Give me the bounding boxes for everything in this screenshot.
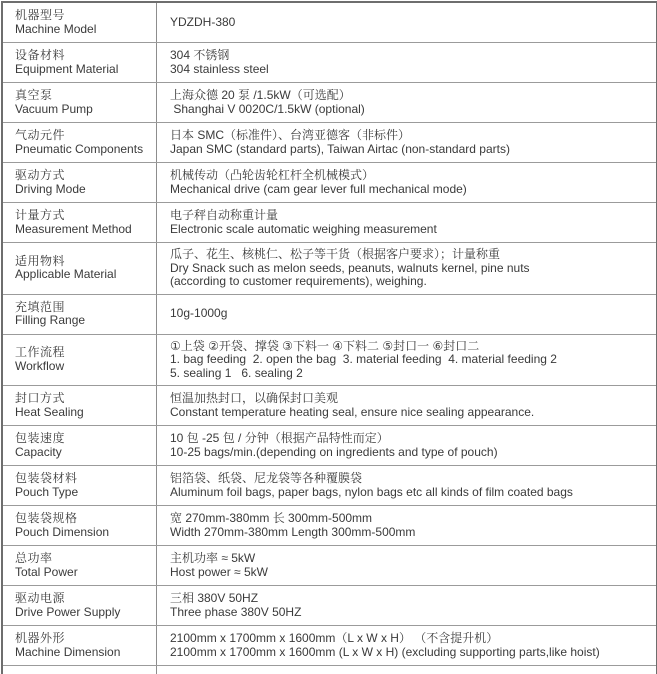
spec-value-line: 三相 380V 50HZ: [170, 592, 650, 606]
spec-label-en: Pneumatic Components: [15, 143, 152, 157]
spec-label-en: Workflow: [15, 360, 152, 374]
table-row: 设备材料Equipment Material304 不锈钢304 stainle…: [3, 43, 656, 83]
spec-label-cn: 计量方式: [15, 209, 152, 223]
spec-value-line: Dry Snack such as melon seeds, peanuts, …: [170, 262, 650, 276]
spec-value-cell: 机械传动（凸轮齿轮杠杆全机械模式）Mechanical drive (cam g…: [157, 163, 656, 202]
spec-value-line: ①上袋 ②开袋、撑袋 ③下料一 ④下料二 ⑤封口一 ⑥封口二: [170, 340, 650, 354]
spec-label-en: Driving Mode: [15, 183, 152, 197]
spec-label-cn: 设备材料: [15, 49, 152, 63]
table-row: 包装袋材料Pouch Type铝箔袋、纸袋、尼龙袋等各种覆膜袋Aluminum …: [3, 466, 656, 506]
spec-value-cell: 上海众德 20 泵 /1.5kW（可选配） Shanghai V 0020C/1…: [157, 83, 656, 122]
spec-value-line: 日本 SMC（标准件）、台湾亚德客（非标件）: [170, 129, 650, 143]
spec-label-cell: 气动元件Pneumatic Components: [3, 123, 157, 162]
spec-value-line: 304 不锈钢: [170, 49, 650, 63]
spec-label-en: Capacity: [15, 446, 152, 460]
spec-label-cn: 驱动电源: [15, 592, 152, 606]
table-row: 总功率Total Power主机功率 ≈ 5kWHost power ≈ 5kW: [3, 546, 656, 586]
spec-label-cn: 包装速度: [15, 432, 152, 446]
table-row: 真空泵Vacuum Pump上海众德 20 泵 /1.5kW（可选配） Shan…: [3, 83, 656, 123]
spec-value-line: 机械传动（凸轮齿轮杠杆全机械模式）: [170, 169, 650, 183]
spec-value-line: 宽 270mm-380mm 长 300mm-500mm: [170, 512, 650, 526]
spec-sheet-page: 机器型号Machine ModelYDZDH-380设备材料Equipment …: [0, 0, 657, 674]
spec-value-line: 2100mm x 1700mm x 1600mm (L x W x H) (ex…: [170, 646, 650, 660]
spec-value-cell: YDZDH-380: [157, 3, 656, 42]
spec-label-cell: 总功率Total Power: [3, 546, 157, 585]
spec-value-line: 1. bag feeding 2. open the bag 3. materi…: [170, 353, 650, 367]
spec-label-cell: 机器外形Machine Dimension: [3, 626, 157, 665]
spec-label-en: Measurement Method: [15, 223, 152, 237]
table-row: 计量方式Measurement Method电子秤自动称重计量Electroni…: [3, 203, 656, 243]
table-row: 包装速度Capacity10 包 -25 包 / 分钟（根据产品特性而定）10-…: [3, 426, 656, 466]
spec-label-cell: 适用物料Applicable Material: [3, 243, 157, 294]
spec-label-en: Pouch Dimension: [15, 526, 152, 540]
spec-value-line: Shanghai V 0020C/1.5kW (optional): [170, 103, 650, 117]
spec-label-cn: 总功率: [15, 552, 152, 566]
machine-spec-table: 机器型号Machine ModelYDZDH-380设备材料Equipment …: [1, 1, 657, 674]
spec-value-line: 主机功率 ≈ 5kW: [170, 552, 650, 566]
table-row: 封口方式Heat Sealing恒温加热封口，以确保封口美观Constant t…: [3, 386, 656, 426]
spec-label-en: Drive Power Supply: [15, 606, 152, 620]
spec-label-cell: 计量方式Measurement Method: [3, 203, 157, 242]
spec-value-line: 10g-1000g: [170, 307, 650, 321]
spec-label-cn: 气动元件: [15, 129, 152, 143]
spec-value-cell: 2100mm x 1700mm x 1600mm（L x W x H） （不含提…: [157, 626, 656, 665]
spec-value-line: (according to customer requirements), we…: [170, 275, 650, 289]
spec-label-cn: 适用物料: [15, 255, 152, 269]
spec-label-en: Total Power: [15, 566, 152, 580]
spec-label-cell: 包装速度Capacity: [3, 426, 157, 465]
spec-label-cn: 包装袋规格: [15, 512, 152, 526]
spec-label-en: Applicable Material: [15, 268, 152, 282]
table-row: 驱动电源Drive Power Supply三相 380V 50HZThree …: [3, 586, 656, 626]
spec-value-line: Width 270mm-380mm Length 300mm-500mm: [170, 526, 650, 540]
spec-label-cn: 机器型号: [15, 9, 152, 23]
spec-value-line: Aluminum foil bags, paper bags, nylon ba…: [170, 486, 650, 500]
spec-value-cell: 304 不锈钢304 stainless steel: [157, 43, 656, 82]
spec-value-line: YDZDH-380: [170, 16, 650, 30]
spec-value-cell: 铝箔袋、纸袋、尼龙袋等各种覆膜袋Aluminum foil bags, pape…: [157, 466, 656, 505]
spec-value-line: Japan SMC (standard parts), Taiwan Airta…: [170, 143, 650, 157]
spec-label-cell: 包装袋规格Pouch Dimension: [3, 506, 157, 545]
spec-label-cell: 设备材料Equipment Material: [3, 43, 157, 82]
spec-value-cell: [157, 666, 656, 674]
spec-value-cell: 宽 270mm-380mm 长 300mm-500mmWidth 270mm-3…: [157, 506, 656, 545]
spec-value-line: Mechanical drive (cam gear lever full me…: [170, 183, 650, 197]
spec-label-cn: 工作流程: [15, 346, 152, 360]
spec-label-cn: 真空泵: [15, 89, 152, 103]
spec-value-cell: 电子秤自动称重计量Electronic scale automatic weig…: [157, 203, 656, 242]
spec-label-en: Heat Sealing: [15, 406, 152, 420]
spec-label-cn: 充填范围: [15, 301, 152, 315]
spec-value-cell: ①上袋 ②开袋、撑袋 ③下料一 ④下料二 ⑤封口一 ⑥封口二1. bag fee…: [157, 335, 656, 386]
spec-value-line: 304 stainless steel: [170, 63, 650, 77]
spec-value-line: 10 包 -25 包 / 分钟（根据产品特性而定）: [170, 432, 650, 446]
table-row: 驱动方式Driving Mode机械传动（凸轮齿轮杠杆全机械模式）Mechani…: [3, 163, 656, 203]
table-row: 气动元件Pneumatic Components日本 SMC（标准件）、台湾亚德…: [3, 123, 656, 163]
table-row: 机器外形Machine Dimension2100mm x 1700mm x 1…: [3, 626, 656, 666]
spec-label-cell: 机器型号Machine Model: [3, 3, 157, 42]
spec-label-cell: 驱动电源Drive Power Supply: [3, 586, 157, 625]
table-row: 工作流程Workflow①上袋 ②开袋、撑袋 ③下料一 ④下料二 ⑤封口一 ⑥封…: [3, 335, 656, 387]
spec-value-line: 10-25 bags/min.(depending on ingredients…: [170, 446, 650, 460]
spec-value-line: Three phase 380V 50HZ: [170, 606, 650, 620]
spec-label-cell: 充填范围Filling Range: [3, 295, 157, 334]
table-row: 包装袋规格Pouch Dimension宽 270mm-380mm 长 300m…: [3, 506, 656, 546]
spec-value-line: 2100mm x 1700mm x 1600mm（L x W x H） （不含提…: [170, 632, 650, 646]
spec-value-cell: 日本 SMC（标准件）、台湾亚德客（非标件）Japan SMC (standar…: [157, 123, 656, 162]
spec-label-en: Equipment Material: [15, 63, 152, 77]
spec-label-cn: 驱动方式: [15, 169, 152, 183]
spec-value-cell: 10g-1000g: [157, 295, 656, 334]
spec-label-cell: 包装袋材料Pouch Type: [3, 466, 157, 505]
spec-value-cell: 主机功率 ≈ 5kWHost power ≈ 5kW: [157, 546, 656, 585]
spec-value-cell: 瓜子、花生、核桃仁、松子等干货（根据客户要求）；计量称重Dry Snack su…: [157, 243, 656, 294]
table-row: 机器型号Machine ModelYDZDH-380: [3, 3, 656, 43]
spec-value-cell: 三相 380V 50HZThree phase 380V 50HZ: [157, 586, 656, 625]
spec-value-line: 恒温加热封口，以确保封口美观: [170, 392, 650, 406]
spec-value-line: 电子秤自动称重计量: [170, 209, 650, 223]
table-row: 充填范围Filling Range10g-1000g: [3, 295, 656, 335]
spec-value-line: Electronic scale automatic weighing meas…: [170, 223, 650, 237]
spec-value-cell: 10 包 -25 包 / 分钟（根据产品特性而定）10-25 bags/min.…: [157, 426, 656, 465]
spec-value-line: 上海众德 20 泵 /1.5kW（可选配）: [170, 89, 650, 103]
spec-value-line: 铝箔袋、纸袋、尼龙袋等各种覆膜袋: [170, 472, 650, 486]
spec-label-cn: 包装袋材料: [15, 472, 152, 486]
spec-label-cn: 机器外形: [15, 632, 152, 646]
spec-value-line: Host power ≈ 5kW: [170, 566, 650, 580]
spec-label-en: Machine Dimension: [15, 646, 152, 660]
spec-label-cn: 封口方式: [15, 392, 152, 406]
spec-label-cell: 工作流程Workflow: [3, 335, 157, 386]
spec-label-cell: [3, 666, 157, 674]
spec-value-line: 5. sealing 1 6. sealing 2: [170, 367, 650, 381]
spec-value-line: Constant temperature heating seal, ensur…: [170, 406, 650, 420]
spec-label-cell: 封口方式Heat Sealing: [3, 386, 157, 425]
spec-label-en: Pouch Type: [15, 486, 152, 500]
spec-label-en: Vacuum Pump: [15, 103, 152, 117]
spec-value-line: 瓜子、花生、核桃仁、松子等干货（根据客户要求）；计量称重: [170, 248, 650, 262]
spec-label-en: Filling Range: [15, 314, 152, 328]
spec-label-cell: 真空泵Vacuum Pump: [3, 83, 157, 122]
spec-label-en: Machine Model: [15, 23, 152, 37]
spec-label-cell: 驱动方式Driving Mode: [3, 163, 157, 202]
table-row: 适用物料Applicable Material瓜子、花生、核桃仁、松子等干货（根…: [3, 243, 656, 295]
spec-value-cell: 恒温加热封口，以确保封口美观Constant temperature heati…: [157, 386, 656, 425]
table-row-partial: [3, 666, 656, 674]
